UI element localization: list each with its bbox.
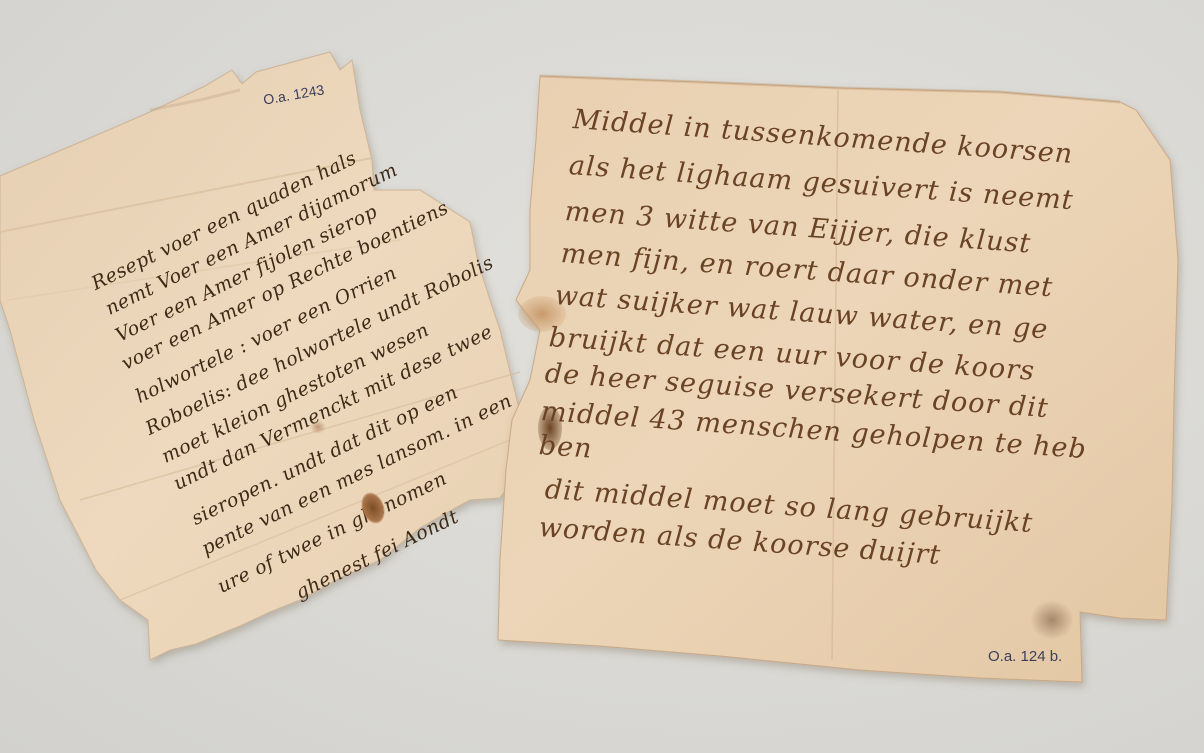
paper-stain-bottom [1030, 600, 1074, 640]
right-manuscript-fragment: Middel in tussenkomende koorsen als het … [0, 0, 1204, 753]
right-line-9: ben [538, 430, 594, 465]
right-catalog-number: O.a. 124 b. [988, 648, 1062, 665]
